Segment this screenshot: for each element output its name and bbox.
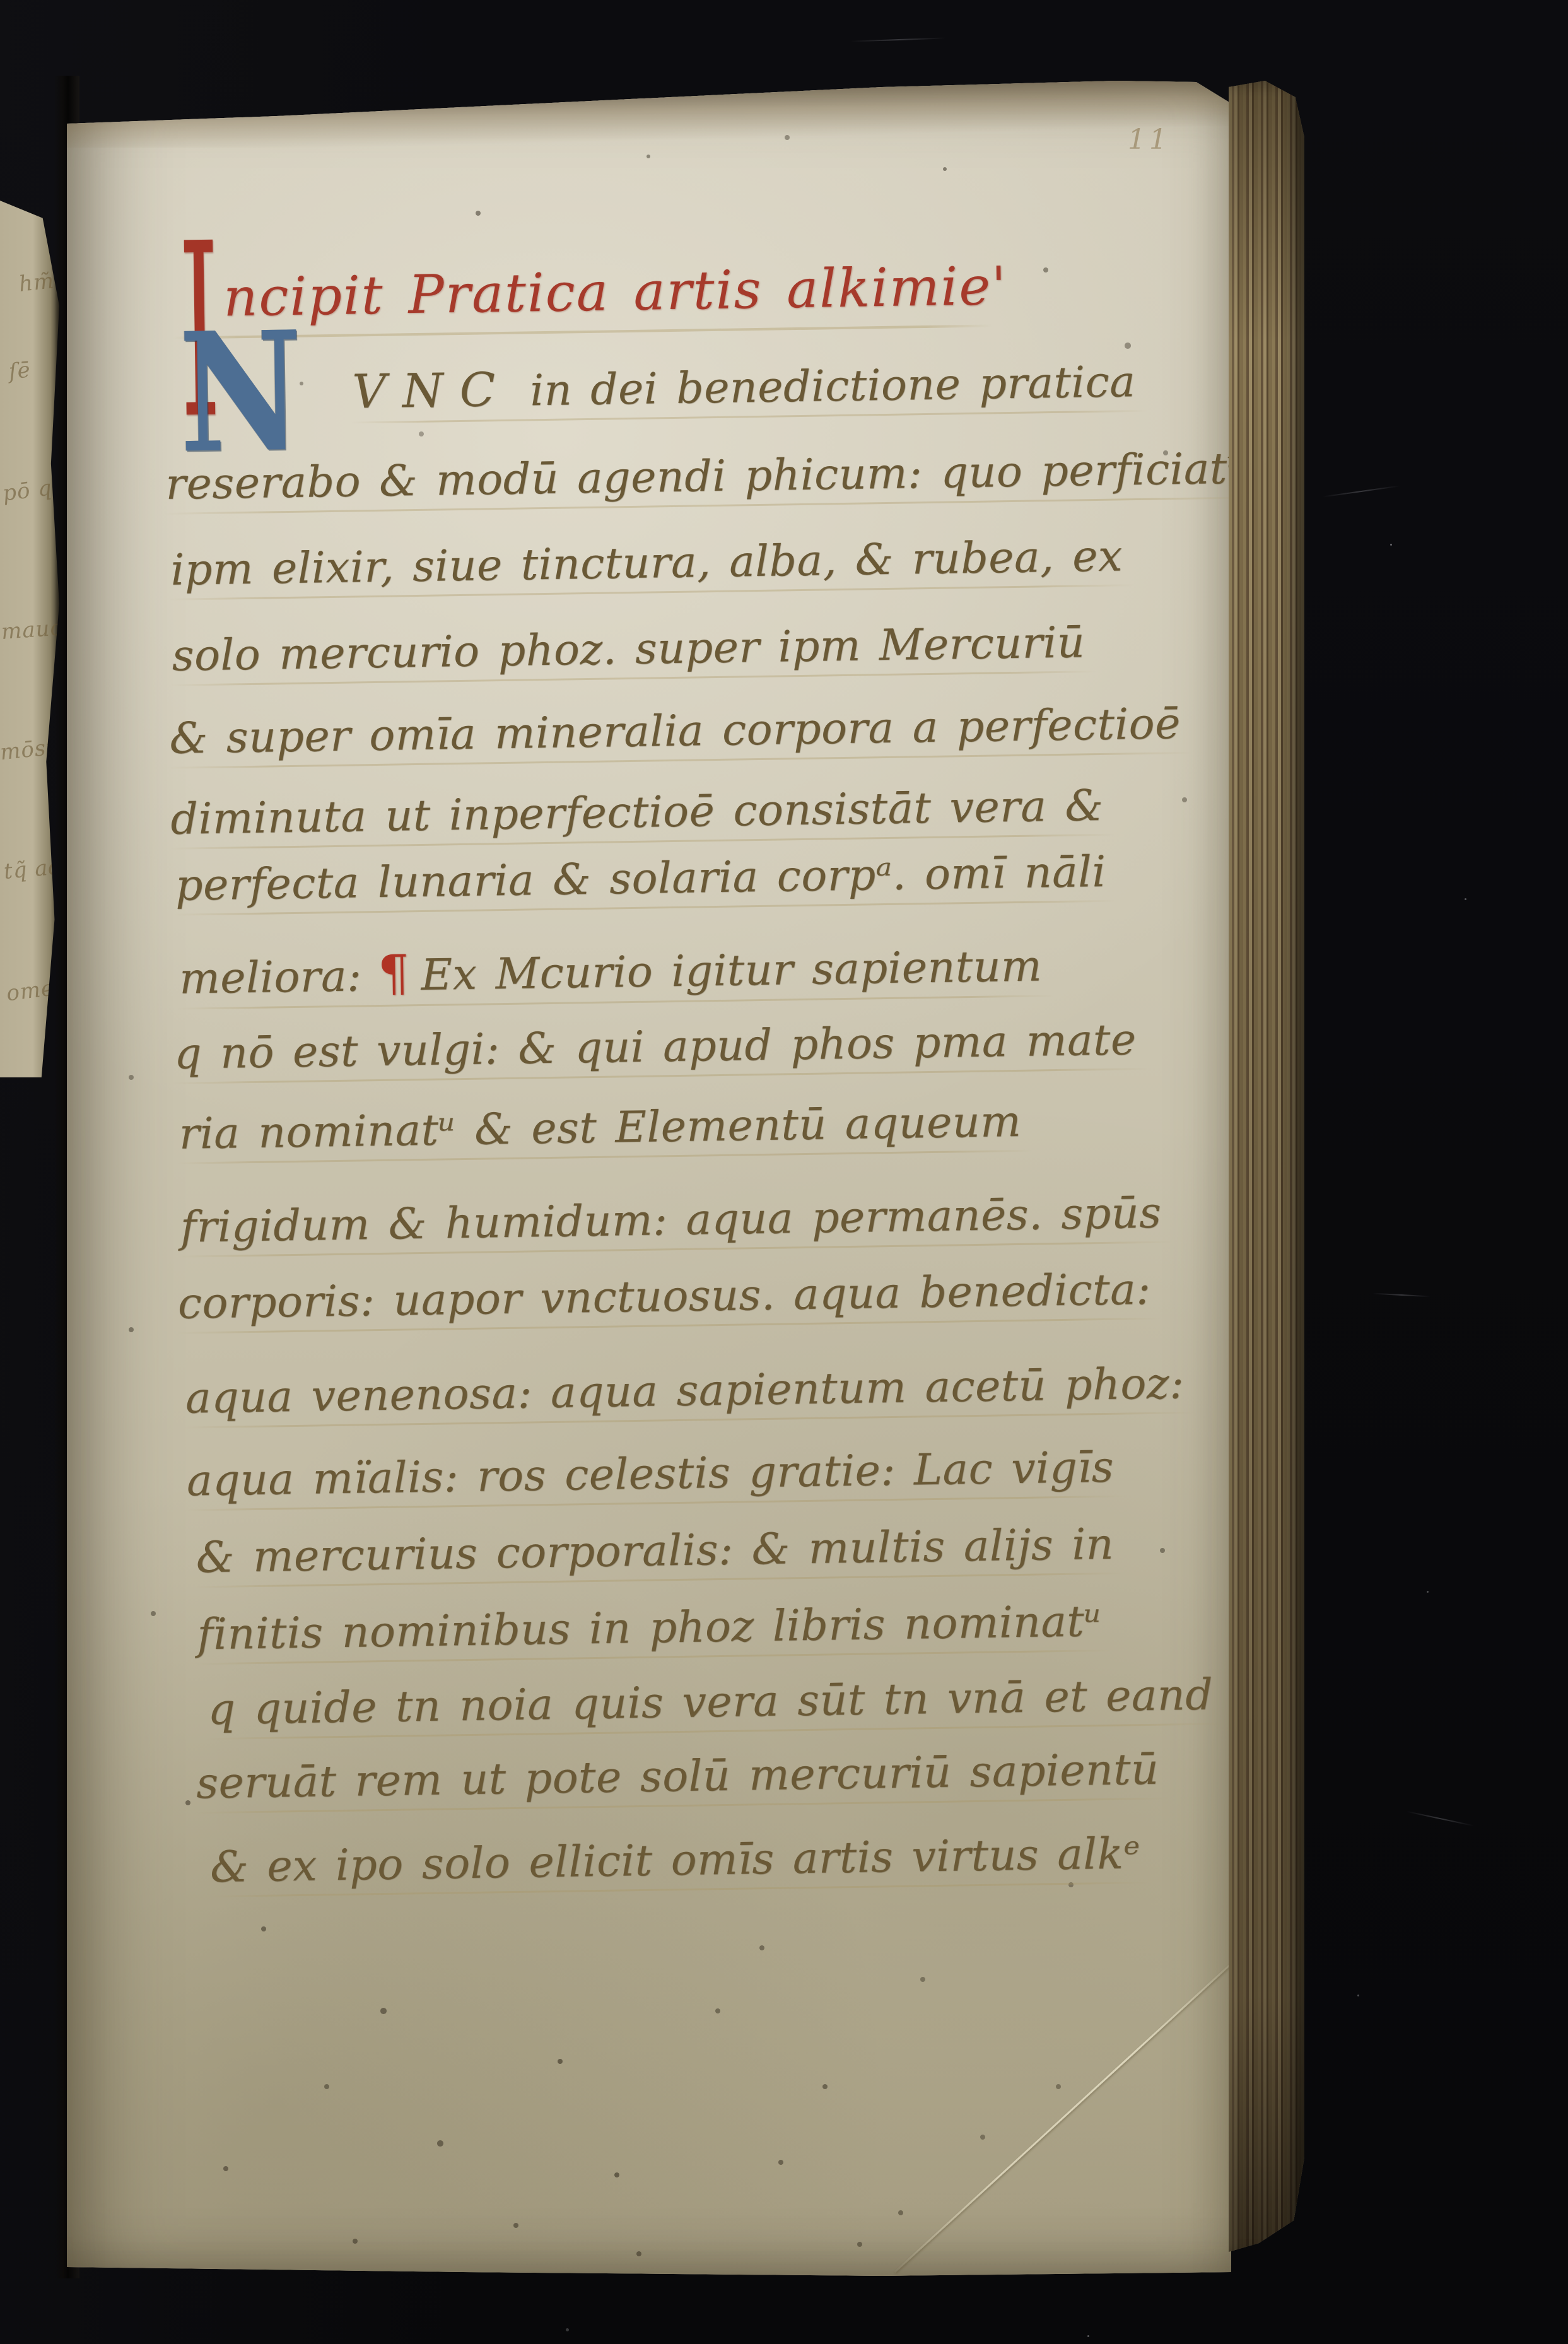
manuscript-line: VNC in dei benedictione pratica — [352, 357, 1136, 415]
manuscript-line: & ex ipo solo ellicit omīs artis virtus … — [210, 1832, 1141, 1889]
line-text: Ex Mcurio igitur sapientum — [421, 941, 1043, 1000]
facing-page-text-fragment: ſē — [8, 358, 32, 385]
manuscript-line: & super omīa mineralia corpora a perfect… — [169, 703, 1181, 761]
backdrop-scratch — [1322, 485, 1400, 497]
backdrop-scratch — [1406, 1811, 1474, 1827]
manuscript-line: ipm elixir, siue tinctura, alba, & rubea… — [170, 535, 1123, 592]
manuscript-line: corporis: uapor vnctuosus. aqua benedict… — [177, 1269, 1151, 1326]
line-text: meliora: — [179, 951, 362, 1004]
facing-page-text-fragment: hm̃ — [18, 268, 56, 297]
fore-edge-page-stack — [1229, 81, 1304, 2258]
backdrop-scratch — [850, 37, 946, 42]
manuscript-line: frigidum & humidum: aqua permanēs. spūs — [180, 1192, 1162, 1250]
manuscript-line: meliora:¶Ex Mcurio igitur sapientum — [179, 939, 1043, 1001]
line-text: in dei benedictione pratica — [530, 357, 1136, 416]
facing-page-text-fragment: pō q — [1, 475, 54, 506]
facing-page-sliver: hm̃ ſē pō q mauor mōstr tq̃ ad omeſ p̄ — [0, 201, 59, 1077]
manuscript-page: 11 I ncipit Pratica artis alkimie' N VNC… — [67, 79, 1231, 2277]
pilcrow-mark: ¶ — [378, 945, 410, 1002]
opening-capitals: VNC — [352, 363, 512, 419]
drop-cap-N: N — [178, 310, 304, 476]
backdrop-dust — [0, 0, 2, 2]
manuscript-line: reserabo & modū agendi phicum: quo perfi… — [165, 448, 1245, 507]
manuscript-line: aqua venenosa: aqua sapientum acetū phoz… — [185, 1362, 1185, 1420]
manuscript-line: & mercurius corporalis: & multis alijs i… — [196, 1523, 1114, 1580]
backdrop-scratch — [1372, 1293, 1431, 1298]
text-block: I ncipit Pratica artis alkimie' N VNC in… — [61, 66, 1258, 2281]
manuscript-line: q quide tn noia quis vera sūt tn vnā et … — [208, 1673, 1214, 1732]
manuscript-line: q nō est vulgi: & qui apud phos pma mate — [173, 1019, 1137, 1076]
rubric-heading: ncipit Pratica artis alkimie' — [223, 259, 1008, 324]
manuscript-line: diminuta ut inperfectioē consistāt vera … — [170, 785, 1104, 841]
manuscript-line: finitis nominibus in phoz libris nominat… — [197, 1600, 1102, 1656]
manuscript-line: aqua mïalis: ros celestis gratie: Lac vi… — [187, 1446, 1115, 1503]
manuscript-line: ria nominatᵘ & est Elementū aqueum — [178, 1101, 1021, 1156]
manuscript-line: solo mercurio phoz. super ipm Mercuriū — [172, 621, 1085, 677]
manuscript-line: seruāt rem ut pote solū mercuriū sapient… — [196, 1749, 1159, 1806]
manuscript-line: perfecta lunaria & solaria corpᵃ. omī nā… — [175, 851, 1107, 908]
photo-black-backdrop: hm̃ ſē pō q mauor mōstr tq̃ ad omeſ p̄ 1… — [0, 0, 1568, 2344]
